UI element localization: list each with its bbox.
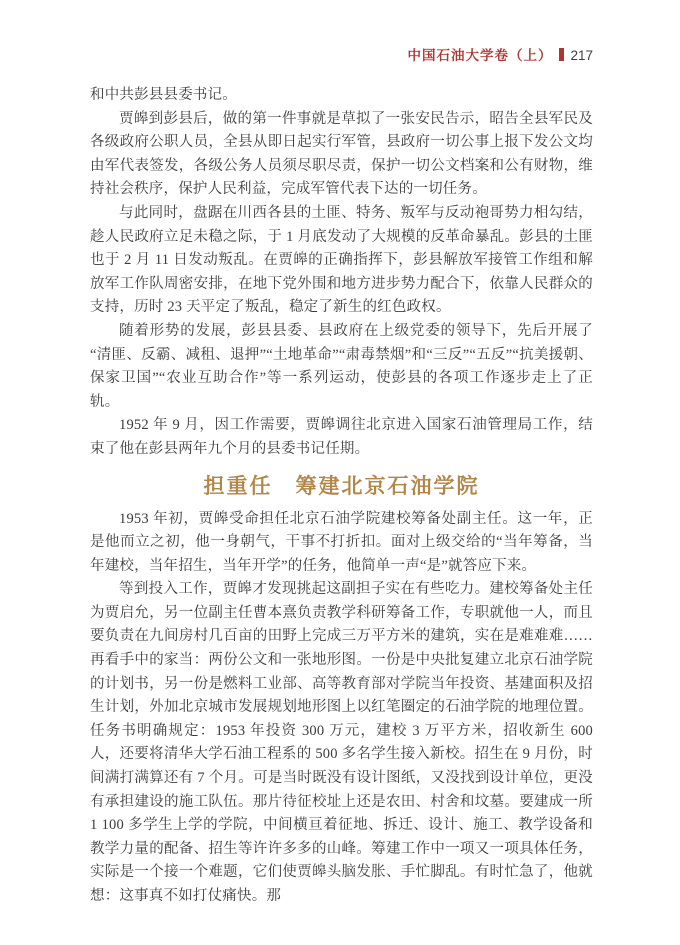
page-number: 217 bbox=[570, 48, 593, 63]
running-header: 中国石油大学卷（上）217 bbox=[90, 44, 593, 64]
paragraph: 1953 年初，贾皞受命担任北京石油学院建校筹备处副主任。这一年，正是他而立之初… bbox=[90, 508, 593, 579]
paragraph: 等到投入工作，贾皞才发现挑起这副担子实在有些吃力。建校筹备处主任为贾启允，另一位… bbox=[90, 578, 593, 908]
header-divider-bar bbox=[559, 48, 564, 61]
section-heading: 担重任 筹建北京石油学院 bbox=[90, 471, 593, 501]
volume-title: 中国石油大学卷（上） bbox=[407, 48, 552, 63]
page-body: 和中共彭县县委书记。贾皞到彭县后，做的第一件事就是草拟了一张安民告示，昭告全县军… bbox=[90, 84, 593, 909]
paragraph: 随着形势的发展，彭县县委、县政府在上级党委的领导下，先后开展了“清匪、反霸、减租… bbox=[90, 320, 593, 414]
paragraph: 和中共彭县县委书记。 bbox=[90, 84, 593, 108]
paragraph: 贾皞到彭县后，做的第一件事就是草拟了一张安民告示，昭告全县军民及各级政府公职人员… bbox=[90, 108, 593, 202]
paragraph: 1952 年 9 月，因工作需要，贾皞调往北京进入国家石油管理局工作，结束了他在… bbox=[90, 414, 593, 461]
paragraph: 与此同时，盘踞在川西各县的土匪、特务、叛军与反动袍哥势力相勾结，趁人民政府立足未… bbox=[90, 202, 593, 320]
book-page: 中国石油大学卷（上）217 和中共彭县县委书记。贾皞到彭县后，做的第一件事就是草… bbox=[0, 0, 680, 945]
